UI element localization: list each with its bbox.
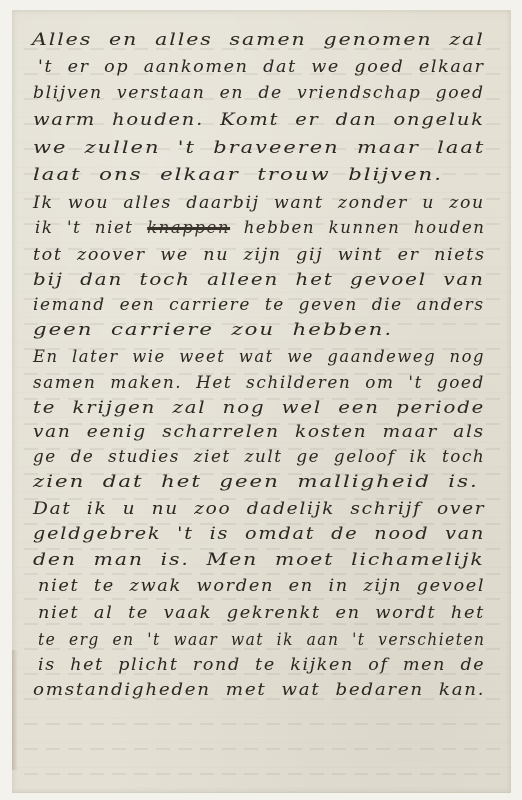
bleed-through-line bbox=[24, 723, 504, 725]
text-line: we zullen 't braveeren maar laat bbox=[33, 138, 485, 158]
text-line: blijven verstaan en de vriendschap goed bbox=[33, 83, 485, 103]
text-line: is het plicht rond te kijken of men de bbox=[38, 655, 485, 675]
text-line: te erg en 't waar wat ik aan 't verschie… bbox=[38, 630, 485, 650]
text-line: zien dat het geen malligheid is. bbox=[33, 472, 479, 492]
text-line: iemand een carriere te geven die anders bbox=[33, 295, 485, 315]
bleed-through-line bbox=[24, 623, 504, 625]
bleed-through-line bbox=[24, 773, 504, 775]
text-line: 't er op aankomen dat we goed elkaar bbox=[38, 57, 485, 77]
text-line: warm houden. Komt er dan ongeluk bbox=[33, 110, 485, 130]
bleed-through-line bbox=[24, 748, 504, 750]
text-line: Ik wou alles daarbij want zonder u zou bbox=[33, 193, 485, 213]
text-line: den man is. Men moet lichamelijk bbox=[33, 550, 485, 570]
text-line: te krijgen zal nog wel een periode bbox=[33, 398, 485, 418]
bleed-through-line bbox=[24, 573, 504, 575]
bleed-through-line bbox=[24, 598, 504, 600]
text-line: geen carriere zou hebben. bbox=[33, 320, 393, 340]
text-line: bij dan toch alleen het gevoel van bbox=[33, 270, 485, 290]
text-line: omstandigheden met wat bedaren kan. bbox=[33, 680, 485, 700]
text-line: Dat ik u nu zoo dadelijk schrijf over bbox=[33, 499, 485, 519]
text-line-with-strikethrough: ik 't niet knappen hebben kunnen houden bbox=[35, 218, 486, 238]
text-line: Alles en alles samen genomen zal bbox=[32, 30, 485, 50]
text-line: samen maken. Het schilderen om 't goed bbox=[33, 373, 485, 393]
crossed-out-word: knappen bbox=[147, 218, 230, 238]
text-line: niet al te vaak gekrenkt en wordt het bbox=[38, 603, 485, 623]
text-line: ge de studies ziet zult ge geloof ik toc… bbox=[33, 447, 485, 467]
text-line: van eenig scharrelen kosten maar als bbox=[33, 422, 485, 442]
text-line: En later wie weet wat we gaandeweg nog bbox=[33, 347, 485, 367]
text-line: laat ons elkaar trouw blijven. bbox=[33, 165, 443, 185]
text-line: tot zoover we nu zijn gij wint er niets bbox=[33, 245, 486, 265]
text-line: geldgebrek 't is omdat de nood van bbox=[33, 524, 485, 544]
text-line: niet te zwak worden en in zijn gevoel bbox=[38, 576, 485, 596]
